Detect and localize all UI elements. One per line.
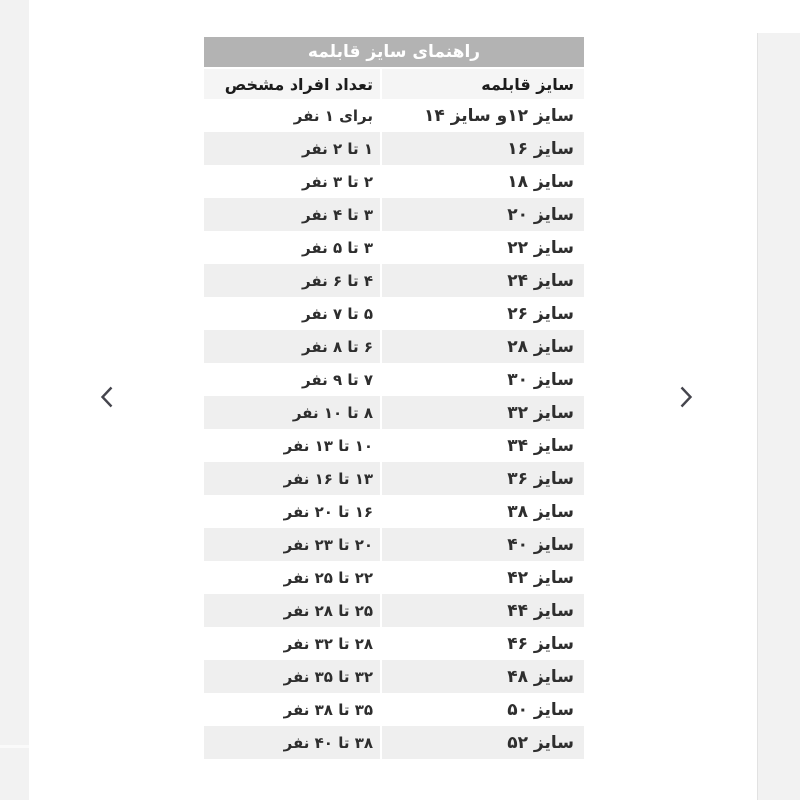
table-row: سایز ۳۰ ۷ تا ۹ نفر bbox=[204, 363, 584, 396]
people-cell: ۱۶ تا ۲۰ نفر bbox=[204, 495, 380, 528]
people-cell: ۲۰ تا ۲۳ نفر bbox=[204, 528, 380, 561]
carousel-next-button[interactable] bbox=[668, 375, 704, 419]
size-cell: سایز ۲۸ bbox=[380, 330, 584, 363]
header-size-column: سایز قابلمه bbox=[380, 69, 584, 99]
size-cell: سایز ۳۶ bbox=[380, 462, 584, 495]
chevron-left-icon bbox=[97, 383, 117, 411]
product-image-gallery: راهنمای سایز قابلمه سایز قابلمه تعداد اف… bbox=[0, 0, 800, 800]
table-row: سایز ۲۴ ۴ تا ۶ نفر bbox=[204, 264, 584, 297]
size-cell: سایز ۲۴ bbox=[380, 264, 584, 297]
people-cell: ۷ تا ۹ نفر bbox=[204, 363, 380, 396]
gallery-right-edge bbox=[757, 33, 800, 800]
people-cell: ۱۳ تا ۱۶ نفر bbox=[204, 462, 380, 495]
people-cell: ۳ تا ۴ نفر bbox=[204, 198, 380, 231]
table-row: سایز ۲۰ ۳ تا ۴ نفر bbox=[204, 198, 584, 231]
people-cell: ۴ تا ۶ نفر bbox=[204, 264, 380, 297]
table-row: سایز ۵۰ ۳۵ تا ۳۸ نفر bbox=[204, 693, 584, 726]
people-cell: ۵ تا ۷ نفر bbox=[204, 297, 380, 330]
table-row: سایز ۵۲ ۳۸ تا ۴۰ نفر bbox=[204, 726, 584, 759]
people-cell: ۱۰ تا ۱۳ نفر bbox=[204, 429, 380, 462]
size-cell: سایز ۲۲ bbox=[380, 231, 584, 264]
gallery-left-edge bbox=[0, 0, 29, 800]
size-guide-title: راهنمای سایز قابلمه bbox=[204, 37, 584, 67]
table-row: سایز ۳۶ ۱۳ تا ۱۶ نفر bbox=[204, 462, 584, 495]
size-cell: سایز ۳۰ bbox=[380, 363, 584, 396]
people-cell: ۲۵ تا ۲۸ نفر bbox=[204, 594, 380, 627]
adjacent-slide-seam bbox=[0, 745, 29, 748]
header-people-column: تعداد افراد مشخص bbox=[204, 69, 380, 99]
people-cell: ۳۵ تا ۳۸ نفر bbox=[204, 693, 380, 726]
table-row: سایز ۴۰ ۲۰ تا ۲۳ نفر bbox=[204, 528, 584, 561]
people-cell: ۱ تا ۲ نفر bbox=[204, 132, 380, 165]
table-row: سایز ۱۸ ۲ تا ۳ نفر bbox=[204, 165, 584, 198]
table-row: سایز ۳۸ ۱۶ تا ۲۰ نفر bbox=[204, 495, 584, 528]
carousel-prev-button[interactable] bbox=[89, 375, 125, 419]
people-cell: برای ۱ نفر bbox=[204, 99, 380, 132]
size-cell: سایز ۳۲ bbox=[380, 396, 584, 429]
table-row: سایز ۴۴ ۲۵ تا ۲۸ نفر bbox=[204, 594, 584, 627]
table-row: سایز ۳۲ ۸ تا ۱۰ نفر bbox=[204, 396, 584, 429]
size-cell: سایز ۳۸ bbox=[380, 495, 584, 528]
people-cell: ۳۸ تا ۴۰ نفر bbox=[204, 726, 380, 759]
table-row: سایز ۲۶ ۵ تا ۷ نفر bbox=[204, 297, 584, 330]
size-cell: سایز ۳۴ bbox=[380, 429, 584, 462]
people-cell: ۳ تا ۵ نفر bbox=[204, 231, 380, 264]
people-cell: ۲۸ تا ۳۲ نفر bbox=[204, 627, 380, 660]
table-row: سایز ۴۸ ۳۲ تا ۳۵ نفر bbox=[204, 660, 584, 693]
size-cell: سایز ۵۲ bbox=[380, 726, 584, 759]
size-cell: سایز ۴۶ bbox=[380, 627, 584, 660]
people-cell: ۲ تا ۳ نفر bbox=[204, 165, 380, 198]
people-cell: ۸ تا ۱۰ نفر bbox=[204, 396, 380, 429]
table-row: سایز ۴۲ ۲۲ تا ۲۵ نفر bbox=[204, 561, 584, 594]
people-cell: ۲۲ تا ۲۵ نفر bbox=[204, 561, 380, 594]
size-cell: سایز ۴۴ bbox=[380, 594, 584, 627]
size-cell: سایز ۲۶ bbox=[380, 297, 584, 330]
people-cell: ۳۲ تا ۳۵ نفر bbox=[204, 660, 380, 693]
table-header-row: سایز قابلمه تعداد افراد مشخص bbox=[204, 69, 584, 99]
size-cell: سایز ۵۰ bbox=[380, 693, 584, 726]
size-cell: سایز ۱۶ bbox=[380, 132, 584, 165]
table-row: سایز ۱۲و سایز ۱۴ برای ۱ نفر bbox=[204, 99, 584, 132]
table-row: سایز ۴۶ ۲۸ تا ۳۲ نفر bbox=[204, 627, 584, 660]
size-cell: سایز ۴۲ bbox=[380, 561, 584, 594]
people-cell: ۶ تا ۸ نفر bbox=[204, 330, 380, 363]
chevron-right-icon bbox=[676, 383, 696, 411]
table-row: سایز ۱۶ ۱ تا ۲ نفر bbox=[204, 132, 584, 165]
size-cell: سایز ۱۸ bbox=[380, 165, 584, 198]
table-body: سایز ۱۲و سایز ۱۴ برای ۱ نفر سایز ۱۶ ۱ تا… bbox=[204, 99, 584, 759]
table-row: سایز ۲۸ ۶ تا ۸ نفر bbox=[204, 330, 584, 363]
size-cell: سایز ۱۲و سایز ۱۴ bbox=[380, 99, 584, 132]
size-cell: سایز ۴۰ bbox=[380, 528, 584, 561]
table-row: سایز ۳۴ ۱۰ تا ۱۳ نفر bbox=[204, 429, 584, 462]
size-guide-table: راهنمای سایز قابلمه سایز قابلمه تعداد اف… bbox=[204, 37, 584, 759]
size-cell: سایز ۴۸ bbox=[380, 660, 584, 693]
size-cell: سایز ۲۰ bbox=[380, 198, 584, 231]
table-row: سایز ۲۲ ۳ تا ۵ نفر bbox=[204, 231, 584, 264]
